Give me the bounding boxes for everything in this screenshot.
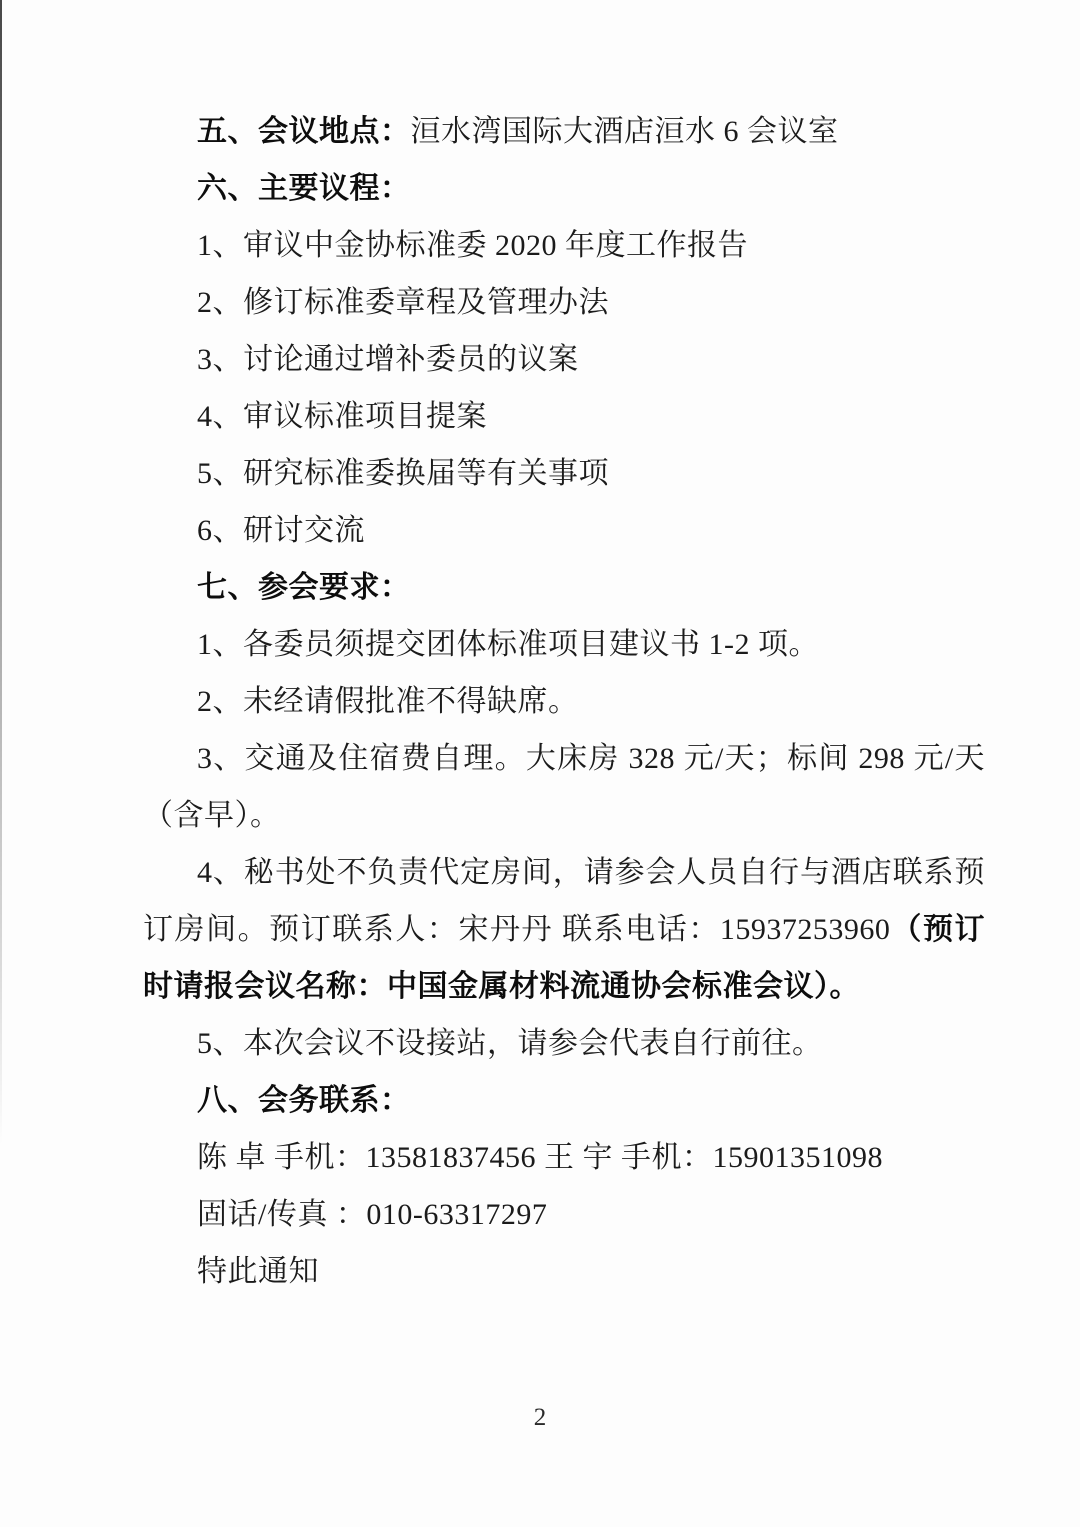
- section-heading-agenda: 六、主要议程：: [143, 160, 985, 217]
- requirement-item: 3、交通及住宿费自理。大床房 328 元/天；标间 298 元/天（含早）。: [143, 730, 985, 844]
- section-heading-contacts: 八、会务联系：: [143, 1072, 985, 1129]
- requirement-item: 2、未经请假批准不得缺席。: [143, 673, 985, 730]
- agenda-item: 3、讨论通过增补委员的议案: [143, 331, 985, 388]
- contact-line-mobile: 陈 卓 手机：13581837456 王 宇 手机：15901351098: [143, 1129, 985, 1186]
- requirement-item: 4、秘书处不负责代定房间，请参会人员自行与酒店联系预订房间。预订联系人：宋丹丹 …: [143, 844, 985, 1015]
- agenda-item: 4、审议标准项目提案: [143, 388, 985, 445]
- agenda-item: 6、研讨交流: [143, 502, 985, 559]
- agenda-item: 2、修订标准委章程及管理办法: [143, 274, 985, 331]
- section-heading-requirements: 七、参会要求：: [143, 559, 985, 616]
- requirement-item: 5、本次会议不设接站，请参会代表自行前往。: [143, 1015, 985, 1072]
- agenda-item: 1、审议中金协标准委 2020 年度工作报告: [143, 217, 985, 274]
- document-page: 五、会议地点：洹水湾国际大酒店洹水 6 会议室 六、主要议程： 1、审议中金协标…: [0, 0, 1080, 1527]
- agenda-item: 5、研究标准委换届等有关事项: [143, 445, 985, 502]
- scan-edge-artifact: [0, 0, 2, 1145]
- page-number: 2: [0, 1398, 1080, 1438]
- requirement-item: 1、各委员须提交团体标准项目建议书 1-2 项。: [143, 616, 985, 673]
- location-value: 洹水湾国际大酒店洹水 6 会议室: [411, 115, 839, 148]
- contact-line-phone-fax: 固话/传真 ：010-63317297: [143, 1186, 985, 1243]
- requirement-item-text: 4、秘书处不负责代定房间，请参会人员自行与酒店联系预订房间。预订联系人：宋丹丹 …: [143, 856, 985, 946]
- section-heading-location: 五、会议地点：洹水湾国际大酒店洹水 6 会议室: [143, 103, 985, 160]
- closing-note: 特此通知: [143, 1243, 985, 1300]
- document-body: 五、会议地点：洹水湾国际大酒店洹水 6 会议室 六、主要议程： 1、审议中金协标…: [143, 103, 985, 1300]
- location-heading-label: 五、会议地点：: [197, 115, 411, 148]
